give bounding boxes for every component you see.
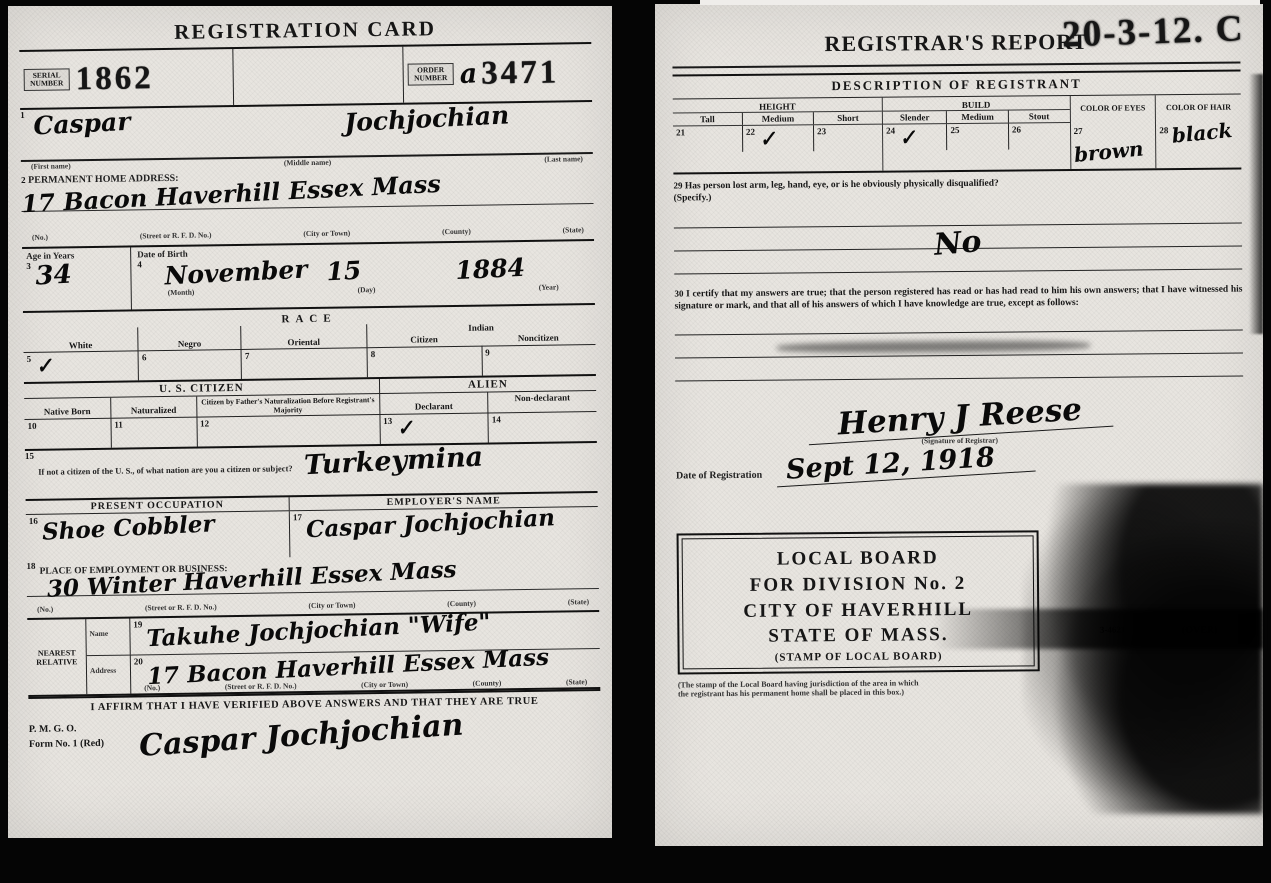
declarant-num: 13 [383, 416, 392, 426]
hair-value: black [1171, 118, 1234, 148]
registrant-signature-area: Caspar Jochjochian [139, 714, 601, 755]
nondeclarant-num: 14 [492, 414, 501, 424]
place-sub-state: (State) [568, 597, 589, 610]
rel-sub-county: (County) [473, 678, 502, 687]
stamp-of-local-board-label: (STAMP OF LOCAL BOARD) [688, 649, 1030, 664]
medium-height-num: 22 [746, 127, 755, 137]
nation-value: Turkeymina [304, 441, 484, 481]
build-col-stout: Stout [1008, 110, 1070, 123]
dob-sub-year: (Year) [539, 283, 559, 292]
age-value: 34 [34, 260, 72, 292]
registrars-report-content: REGISTRAR'S REPORT 20-3-12. C DESCRIPTIO… [672, 14, 1246, 699]
relative-address-label: Address [86, 656, 131, 695]
over-label: (OVER) [1182, 625, 1218, 636]
eyes-value: brown [1072, 136, 1144, 167]
ink-smudge [777, 340, 1089, 354]
citizen-by-father-num: 12 [200, 418, 209, 428]
relative-address-row: Address 20 17 Bacon Haverhill Essex Mass… [86, 649, 600, 694]
addr-sub-no: (No.) [32, 233, 48, 247]
name-sub-last: (Last name) [544, 154, 583, 168]
dob-day-value: 15 [326, 256, 362, 287]
dob-number: 4 [137, 259, 142, 269]
height-col-short: Short [813, 112, 882, 125]
declarant-cell: 13 ✓ [379, 413, 488, 445]
place-sub-street: (Street or R. F. D. No.) [145, 602, 217, 616]
slender-cell: 24 ✓ [883, 124, 947, 151]
short-cell: 23 [813, 125, 882, 152]
height-col-medium: Medium [742, 112, 813, 125]
short-num: 23 [817, 126, 826, 136]
registrars-report-card: REGISTRAR'S REPORT 20-3-12. C DESCRIPTIO… [655, 4, 1263, 846]
report-gap [676, 477, 1244, 534]
name-last-value: Jochjochian [343, 100, 509, 137]
addr-sub-street: (Street or R. F. D. No.) [140, 230, 212, 245]
serial-number-label: SERIAL NUMBER [24, 68, 70, 91]
home-address-field: 2 PERMANENT HOME ADDRESS: 17 Bacon Haver… [21, 167, 594, 233]
race-noncitizen-cell: 9 [481, 344, 596, 376]
build-checkmark: ✓ [897, 124, 917, 150]
description-table: HEIGHT Tall Medium Short 21 22 ✓ 23 BUIL… [673, 95, 1242, 175]
race-citizen-num: 8 [371, 349, 376, 359]
col-citizen-by-father: Citizen by Father's Naturalization Befor… [196, 394, 379, 417]
tall-cell: 21 [673, 126, 742, 153]
order-number-label: ORDER NUMBER [408, 63, 454, 86]
serial-number-value: 1862 [75, 60, 154, 98]
race-noncitizen-num: 9 [485, 347, 490, 357]
stout-num: 26 [1012, 124, 1021, 134]
col-native-born: Native Born [24, 398, 110, 419]
race-negro-cell: 6 [138, 349, 241, 380]
eyes-cell: 27 brown [1071, 124, 1156, 169]
occupation-cell: 16 Shoe Cobbler [26, 511, 290, 561]
rel-sub-state: (State) [566, 677, 587, 686]
addr-sub-city: (City or Town) [303, 228, 350, 243]
height-group: HEIGHT Tall Medium Short 21 22 ✓ 23 [673, 98, 884, 173]
citizen-by-father-cell: 12 [196, 414, 379, 447]
employer-value: Caspar Jochjochian [306, 504, 556, 543]
board-line-4: STATE OF MASS. [687, 622, 1029, 651]
registration-card: REGISTRATION CARD SERIAL NUMBER 1862 ORD… [8, 6, 612, 838]
race-col-white: White [23, 327, 138, 352]
citizen-alien-table: U. S. CITIZEN ALIEN Native Born Naturali… [24, 376, 597, 451]
registration-card-content: REGISTRATION CARD SERIAL NUMBER 1862 ORD… [19, 10, 601, 757]
name-sub-middle: (Middle name) [284, 158, 331, 172]
pmgo-label: P. M. G. O. [29, 720, 139, 737]
nondeclarant-cell: 14 [488, 411, 597, 443]
nation-label: If not a citizen of the U. S., of what n… [38, 463, 293, 477]
order-number-prefix: a [459, 58, 478, 90]
nearest-relative-label: NEAREST RELATIVE [27, 619, 86, 695]
report-title-row: REGISTRAR'S REPORT 20-3-12. C [672, 14, 1240, 67]
q30-number: 30 [674, 288, 683, 298]
col-declarant: Declarant [379, 393, 488, 415]
addr-sub-county: (County) [442, 227, 471, 241]
race-citizen-cell: 8 [367, 346, 482, 378]
employer-num: 17 [293, 512, 302, 522]
race-white-cell: 5 ✓ [24, 350, 139, 382]
race-oriental-cell: 7 [241, 347, 367, 379]
dob-sub-day: (Day) [358, 285, 376, 294]
serial-number-field: SERIAL NUMBER 1862 [19, 49, 234, 108]
native-born-num: 10 [27, 421, 36, 431]
declarant-checkmark: ✓ [395, 415, 415, 441]
race-col-citizen: Citizen [367, 333, 481, 347]
employer-cell: 17 Caspar Jochjochian [289, 507, 598, 557]
form-no-label: Form No. 1 (Red) [29, 735, 139, 752]
hair-cell: 28 black [1156, 124, 1241, 151]
scanned-draft-card-page: { "accent_colors": { "paper": "#e8e5e0",… [0, 0, 1271, 883]
q29-line-3 [674, 246, 1242, 274]
signature-block: P. M. G. O. Form No. 1 (Red) Caspar Joch… [29, 714, 601, 757]
nearest-relative-block: NEAREST RELATIVE Name 19 Takuhe Jochjoch… [27, 612, 600, 697]
race-col-oriental: Oriental [240, 324, 366, 349]
dob-year-value: 1884 [455, 253, 526, 285]
q29-number: 29 [673, 180, 682, 190]
naturalized-cell: 11 [110, 417, 196, 448]
place-sub-city: (City or Town) [308, 600, 355, 614]
race-col-negro: Negro [137, 326, 240, 350]
race-white-num: 5 [27, 354, 32, 364]
eyes-group: COLOR OF EYES 27 brown [1070, 95, 1156, 169]
name-first-value: Caspar [32, 107, 130, 141]
hair-group: COLOR OF HAIR 28 black [1156, 95, 1241, 169]
local-board-stamp-box: LOCAL BOARD FOR DIVISION No. 2 CITY OF H… [677, 531, 1040, 675]
registrar-signature-area: Henry J Reese (Signature of Registrar) [675, 397, 1243, 448]
form-code: 3-4621 [1100, 624, 1126, 634]
col-nondeclarant: Non-declarant [487, 391, 596, 413]
form-id-block: P. M. G. O. Form No. 1 (Red) [29, 720, 139, 757]
rel-sub-city: (City or Town) [361, 680, 408, 690]
name-sub-first: (First name) [31, 161, 71, 175]
employment-place-value: 30 Winter Haverhill Essex Mass [46, 556, 457, 603]
eyes-label: COLOR OF EYES [1070, 95, 1155, 113]
order-number-value: 3471 [481, 54, 560, 92]
age-dob-row: Age in Years 3 34 Date of Birth 4 Novemb… [22, 241, 595, 313]
race-negro-num: 6 [142, 352, 147, 362]
native-born-cell: 10 [24, 418, 110, 449]
stout-cell: 26 [1008, 123, 1070, 150]
medium-build-num: 25 [950, 125, 959, 135]
registration-date-row: Date of Registration Sept 12, 1918 [676, 445, 1244, 482]
medium-build-cell: 25 [946, 124, 1008, 151]
addr-sub-state: (State) [563, 225, 584, 239]
race-col-noncitizen: Noncitizen [481, 331, 595, 345]
name-field: 1 Caspar Jochjochian [20, 102, 593, 162]
relative-address-num: 20 [134, 656, 143, 666]
build-group: BUILD Slender Medium Stout 24 ✓ 25 26 [883, 96, 1071, 171]
relative-name-num: 19 [133, 619, 142, 629]
employment-place-field: 18 PLACE OF EMPLOYMENT OR BUSINESS: 30 W… [26, 553, 599, 605]
age-number: 3 [26, 261, 31, 271]
scan-edge-shadow [1249, 74, 1263, 334]
race-white-checkmark: ✓ [33, 353, 53, 379]
relative-address-cell: 20 17 Bacon Haverhill Essex Mass (No.) (… [130, 649, 600, 694]
registration-date-label: Date of Registration [676, 470, 762, 482]
hair-label: COLOR OF HAIR [1156, 95, 1241, 113]
q30-line-3 [675, 354, 1243, 382]
dob-field: Date of Birth 4 November 15 1884 (Month)… [131, 241, 595, 309]
relative-name-label: Name [85, 619, 129, 656]
board-code-stamp: 20-3-12. C [1061, 7, 1245, 56]
tall-num: 21 [676, 127, 685, 137]
q29-text: Has person lost arm, leg, hand, eye, or … [685, 179, 999, 192]
height-answers: 21 22 ✓ 23 [673, 124, 882, 153]
race-col-indian-group: Indian Citizen Noncitizen [366, 321, 596, 347]
serial-blank-area [233, 47, 404, 105]
col-naturalized: Naturalized [110, 397, 196, 418]
height-col-tall: Tall [673, 113, 742, 126]
naturalized-num: 11 [114, 420, 123, 430]
height-checkmark: ✓ [757, 126, 777, 152]
eyes-num: 27 [1074, 126, 1083, 136]
race-table: White Negro Oriental Indian Citizen Nonc… [23, 321, 596, 384]
q30-text: I certify that my answers are true; that… [675, 284, 1243, 311]
name-field-number: 1 [20, 110, 25, 120]
nearest-relative-rows: Name 19 Takuhe Jochjochian "Wife" Addres… [85, 612, 600, 694]
board-line-2: FOR DIVISION No. 2 [687, 570, 1029, 599]
place-sub-no: (No.) [37, 605, 53, 618]
occupation-value: Shoe Cobbler [41, 510, 215, 545]
local-board-stamp-inner: LOCAL BOARD FOR DIVISION No. 2 CITY OF H… [682, 536, 1035, 670]
occupation-employer-table: PRESENT OCCUPATION EMPLOYER'S NAME 16 Sh… [26, 493, 599, 561]
race-oriental-num: 7 [245, 351, 250, 361]
board-line-3: CITY OF HAVERHILL [687, 596, 1029, 625]
dob-month-value: November [163, 255, 307, 291]
board-line-1: LOCAL BOARD [687, 545, 1029, 574]
nation-field: 15 If not a citizen of the U. S., of wha… [25, 443, 598, 501]
build-col-slender: Slender [883, 111, 946, 124]
build-cols: Slender Medium Stout [883, 109, 1070, 124]
hair-num: 28 [1159, 125, 1168, 135]
build-col-medium: Medium [946, 111, 1008, 124]
age-label: Age in Years [26, 250, 126, 261]
occupation-num: 16 [29, 516, 38, 526]
slender-num: 24 [886, 126, 895, 136]
height-cols: Tall Medium Short [673, 111, 882, 126]
age-field: Age in Years 3 34 [22, 247, 132, 311]
board-caption-block: (The stamp of the Local Board having jur… [678, 677, 1108, 699]
medium-height-cell: 22 ✓ [742, 125, 813, 152]
occupation-values: 16 Shoe Cobbler 17 Caspar Jochjochian [26, 506, 599, 561]
nation-number: 15 [25, 451, 34, 461]
build-answers: 24 ✓ 25 26 [883, 122, 1070, 151]
registrant-signature: Caspar Jochjochian [138, 707, 464, 763]
scan-white-sliver [700, 0, 1260, 5]
order-number-field: ORDER NUMBER a 3471 [403, 44, 592, 103]
